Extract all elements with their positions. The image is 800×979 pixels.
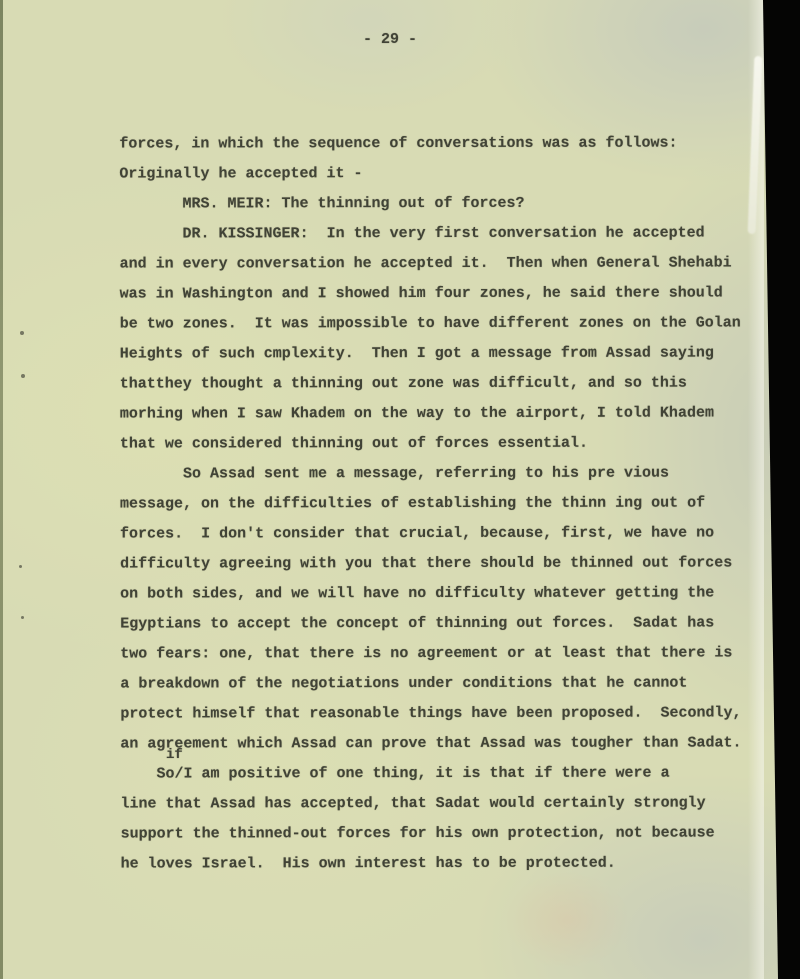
text-line: So Assad sent me a message, referring to… <box>120 458 760 489</box>
text-line: difficulty agreeing with you that there … <box>120 548 760 579</box>
margin-speck <box>21 374 25 378</box>
typed-insertion-above-line: if <box>166 747 183 763</box>
text-line: forces, in which the sequence of convers… <box>119 128 759 159</box>
margin-speck <box>21 616 24 619</box>
text-line: an agreement which Assad can prove that … <box>120 728 760 759</box>
text-line: line that Assad has accepted, that Sadat… <box>120 788 760 819</box>
text-line: be two zones. It was impossible to have … <box>120 308 760 339</box>
scanned-page: - 29 - forces, in which the sequence of … <box>0 0 800 979</box>
text-line: thatthey thought a thinning out zone was… <box>120 368 760 399</box>
text-line: he loves Israel. His own interest has to… <box>121 848 761 879</box>
text-line: message, on the difficulties of establis… <box>120 488 760 519</box>
margin-speck <box>19 565 22 568</box>
text-line: a breakdown of the negotiations under co… <box>120 668 760 699</box>
transcript-body: forces, in which the sequence of convers… <box>119 128 760 879</box>
text-line: was in Washington and I showed him four … <box>120 278 760 309</box>
text-line: Egyptians to accept the concept of thinn… <box>120 608 760 639</box>
margin-speck <box>20 331 24 335</box>
page-number: - 29 - <box>363 31 417 48</box>
text-line: protect himself that reasonable things h… <box>120 698 760 729</box>
text-line: on both sides, and we will have no diffi… <box>120 578 760 609</box>
text-line: two fears: one, that there is no agreeme… <box>120 638 760 669</box>
text-line: morhing when I saw Khadem on the way to … <box>120 398 760 429</box>
paper-left-edge <box>0 0 3 979</box>
text-line: DR. KISSINGER: In the very first convers… <box>120 218 760 249</box>
text-line: that we considered thinning out of force… <box>120 428 760 459</box>
text-line: Heights of such cmplexity. Then I got a … <box>120 338 760 369</box>
text-line: MRS. MEIR: The thinning out of forces? <box>119 188 759 219</box>
text-line: support the thinned-out forces for his o… <box>121 818 761 849</box>
text-line: and in every conversation he accepted it… <box>120 248 760 279</box>
text-line: So/I am positive of one thing, it is tha… <box>120 758 760 789</box>
text-line: forces. I don't consider that crucial, b… <box>120 518 760 549</box>
text-line: Originally he accepted it - <box>119 158 759 189</box>
